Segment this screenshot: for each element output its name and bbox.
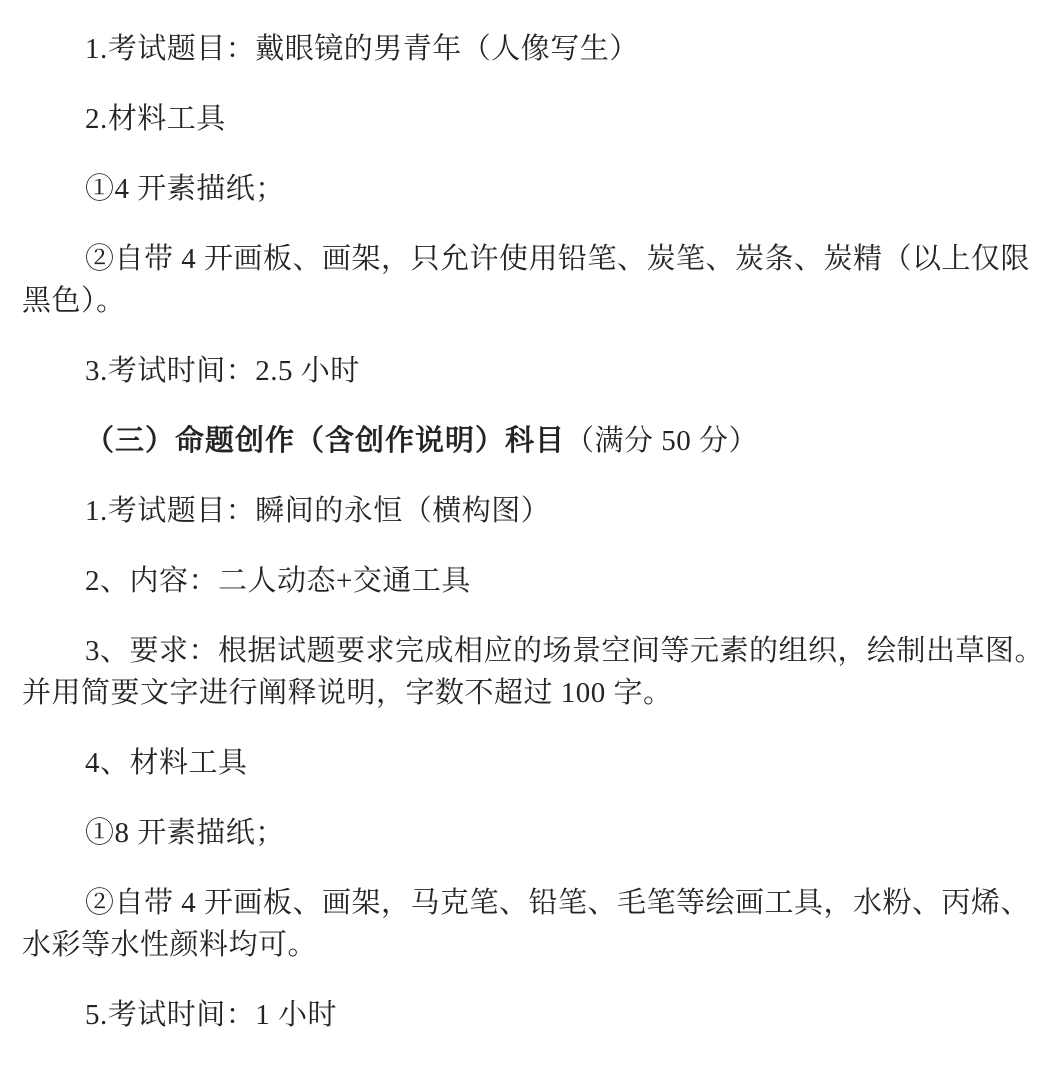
para-material-item-1-paper-2: ①8 开素描纸； [22, 812, 1044, 854]
para-content-requirement: 2、内容：二人动态+交通工具 [22, 560, 1044, 602]
section-heading-title: （三）命题创作（含创作说明）科目 [85, 425, 565, 457]
para-exam-topic-portrait: 1.考试题目：戴眼镜的男青年（人像写生） [22, 28, 1044, 70]
section-heading: （三）命题创作（含创作说明）科目（满分 50 分） [22, 420, 1044, 462]
para-material-item-2-board: ②自带 4 开画板、画架，只允许使用铅笔、炭笔、炭条、炭精（以上仅限黑色）。 [22, 238, 1044, 322]
para-requirements-detail: 3、要求：根据试题要求完成相应的场景空间等元素的组织，绘制出草图。并用简要文字进… [22, 630, 1044, 714]
section-heading-score-note: （满分 50 分） [565, 425, 758, 457]
document-page: 1.考试题目：戴眼镜的男青年（人像写生） 2.材料工具 ①4 开素描纸； ②自带… [0, 0, 1050, 1069]
para-material-item-2-board-2: ②自带 4 开画板、画架，马克笔、铅笔、毛笔等绘画工具，水粉、丙烯、水彩等水性颜… [22, 882, 1044, 966]
para-exam-topic-creation: 1.考试题目：瞬间的永恒（横构图） [22, 490, 1044, 532]
para-exam-duration-1h: 5.考试时间：1 小时 [22, 994, 1044, 1036]
para-exam-duration-2-5h: 3.考试时间：2.5 小时 [22, 350, 1044, 392]
para-materials-tools-label-2: 4、材料工具 [22, 742, 1044, 784]
para-materials-tools-label: 2.材料工具 [22, 98, 1044, 140]
para-material-item-1-paper: ①4 开素描纸； [22, 168, 1044, 210]
